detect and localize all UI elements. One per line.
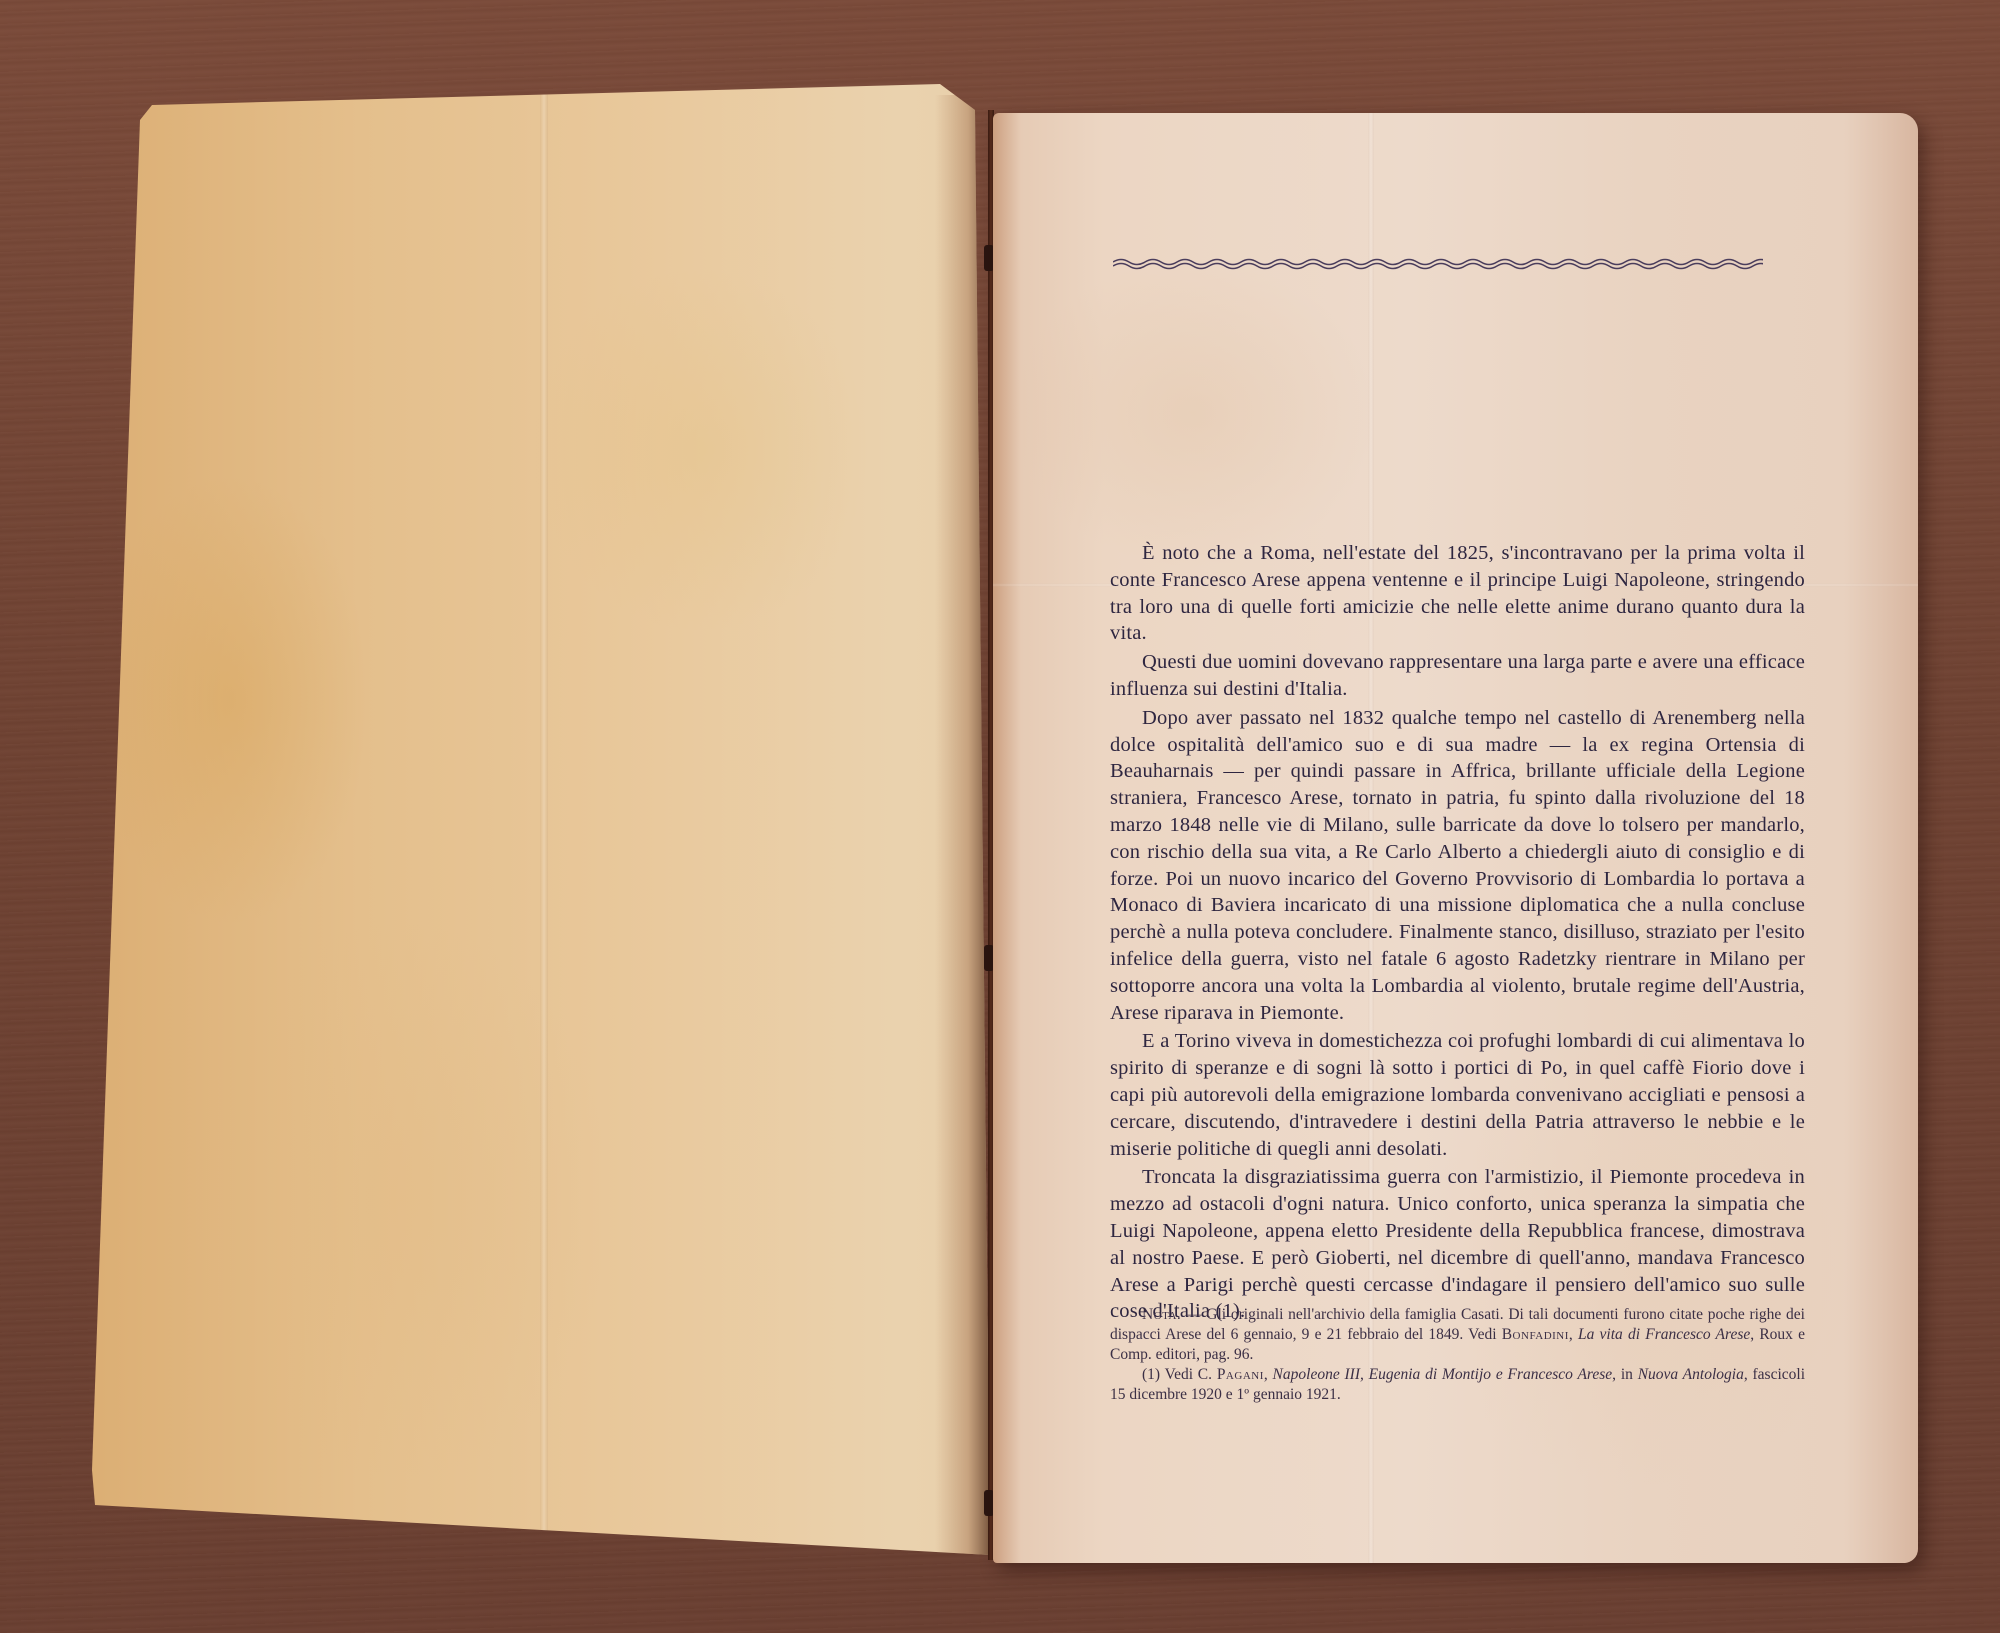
footnote-journal: Nuova Antologia — [1638, 1366, 1744, 1383]
footnote-title: Napoleone III, Eugenia di Montijo e Fran… — [1273, 1366, 1613, 1383]
left-page-fold-crease — [540, 85, 548, 1555]
wavy-rule-ornament — [1113, 256, 1763, 272]
footnote-1: (1) Vedi C. Pagani, Napoleone III, Eugen… — [1110, 1365, 1805, 1405]
nota-label: Nota. — [1142, 1306, 1181, 1323]
paragraph: Dopo aver passato nel 1832 qualche tempo… — [1110, 705, 1805, 1027]
paragraph: E a Torino viveva in domestichezza coi p… — [1110, 1028, 1805, 1162]
paragraph: Troncata la disgraziatissima guerra con … — [1110, 1164, 1805, 1325]
nota-note: Nota. — Gli originali nell'archivio dell… — [1110, 1305, 1805, 1365]
nota-author: Bonfadini — [1502, 1326, 1569, 1343]
footnote-author: Pagani — [1217, 1366, 1264, 1383]
paragraph: Questi due uomini dovevano rappresentare… — [1110, 649, 1805, 703]
paragraph: È noto che a Roma, nell'estate del 1825,… — [1110, 540, 1805, 647]
footnotes: Nota. — Gli originali nell'archivio dell… — [1110, 1305, 1805, 1405]
body-text: È noto che a Roma, nell'estate del 1825,… — [1110, 540, 1805, 1325]
nota-book-title: La vita di Francesco Arese — [1578, 1326, 1750, 1343]
